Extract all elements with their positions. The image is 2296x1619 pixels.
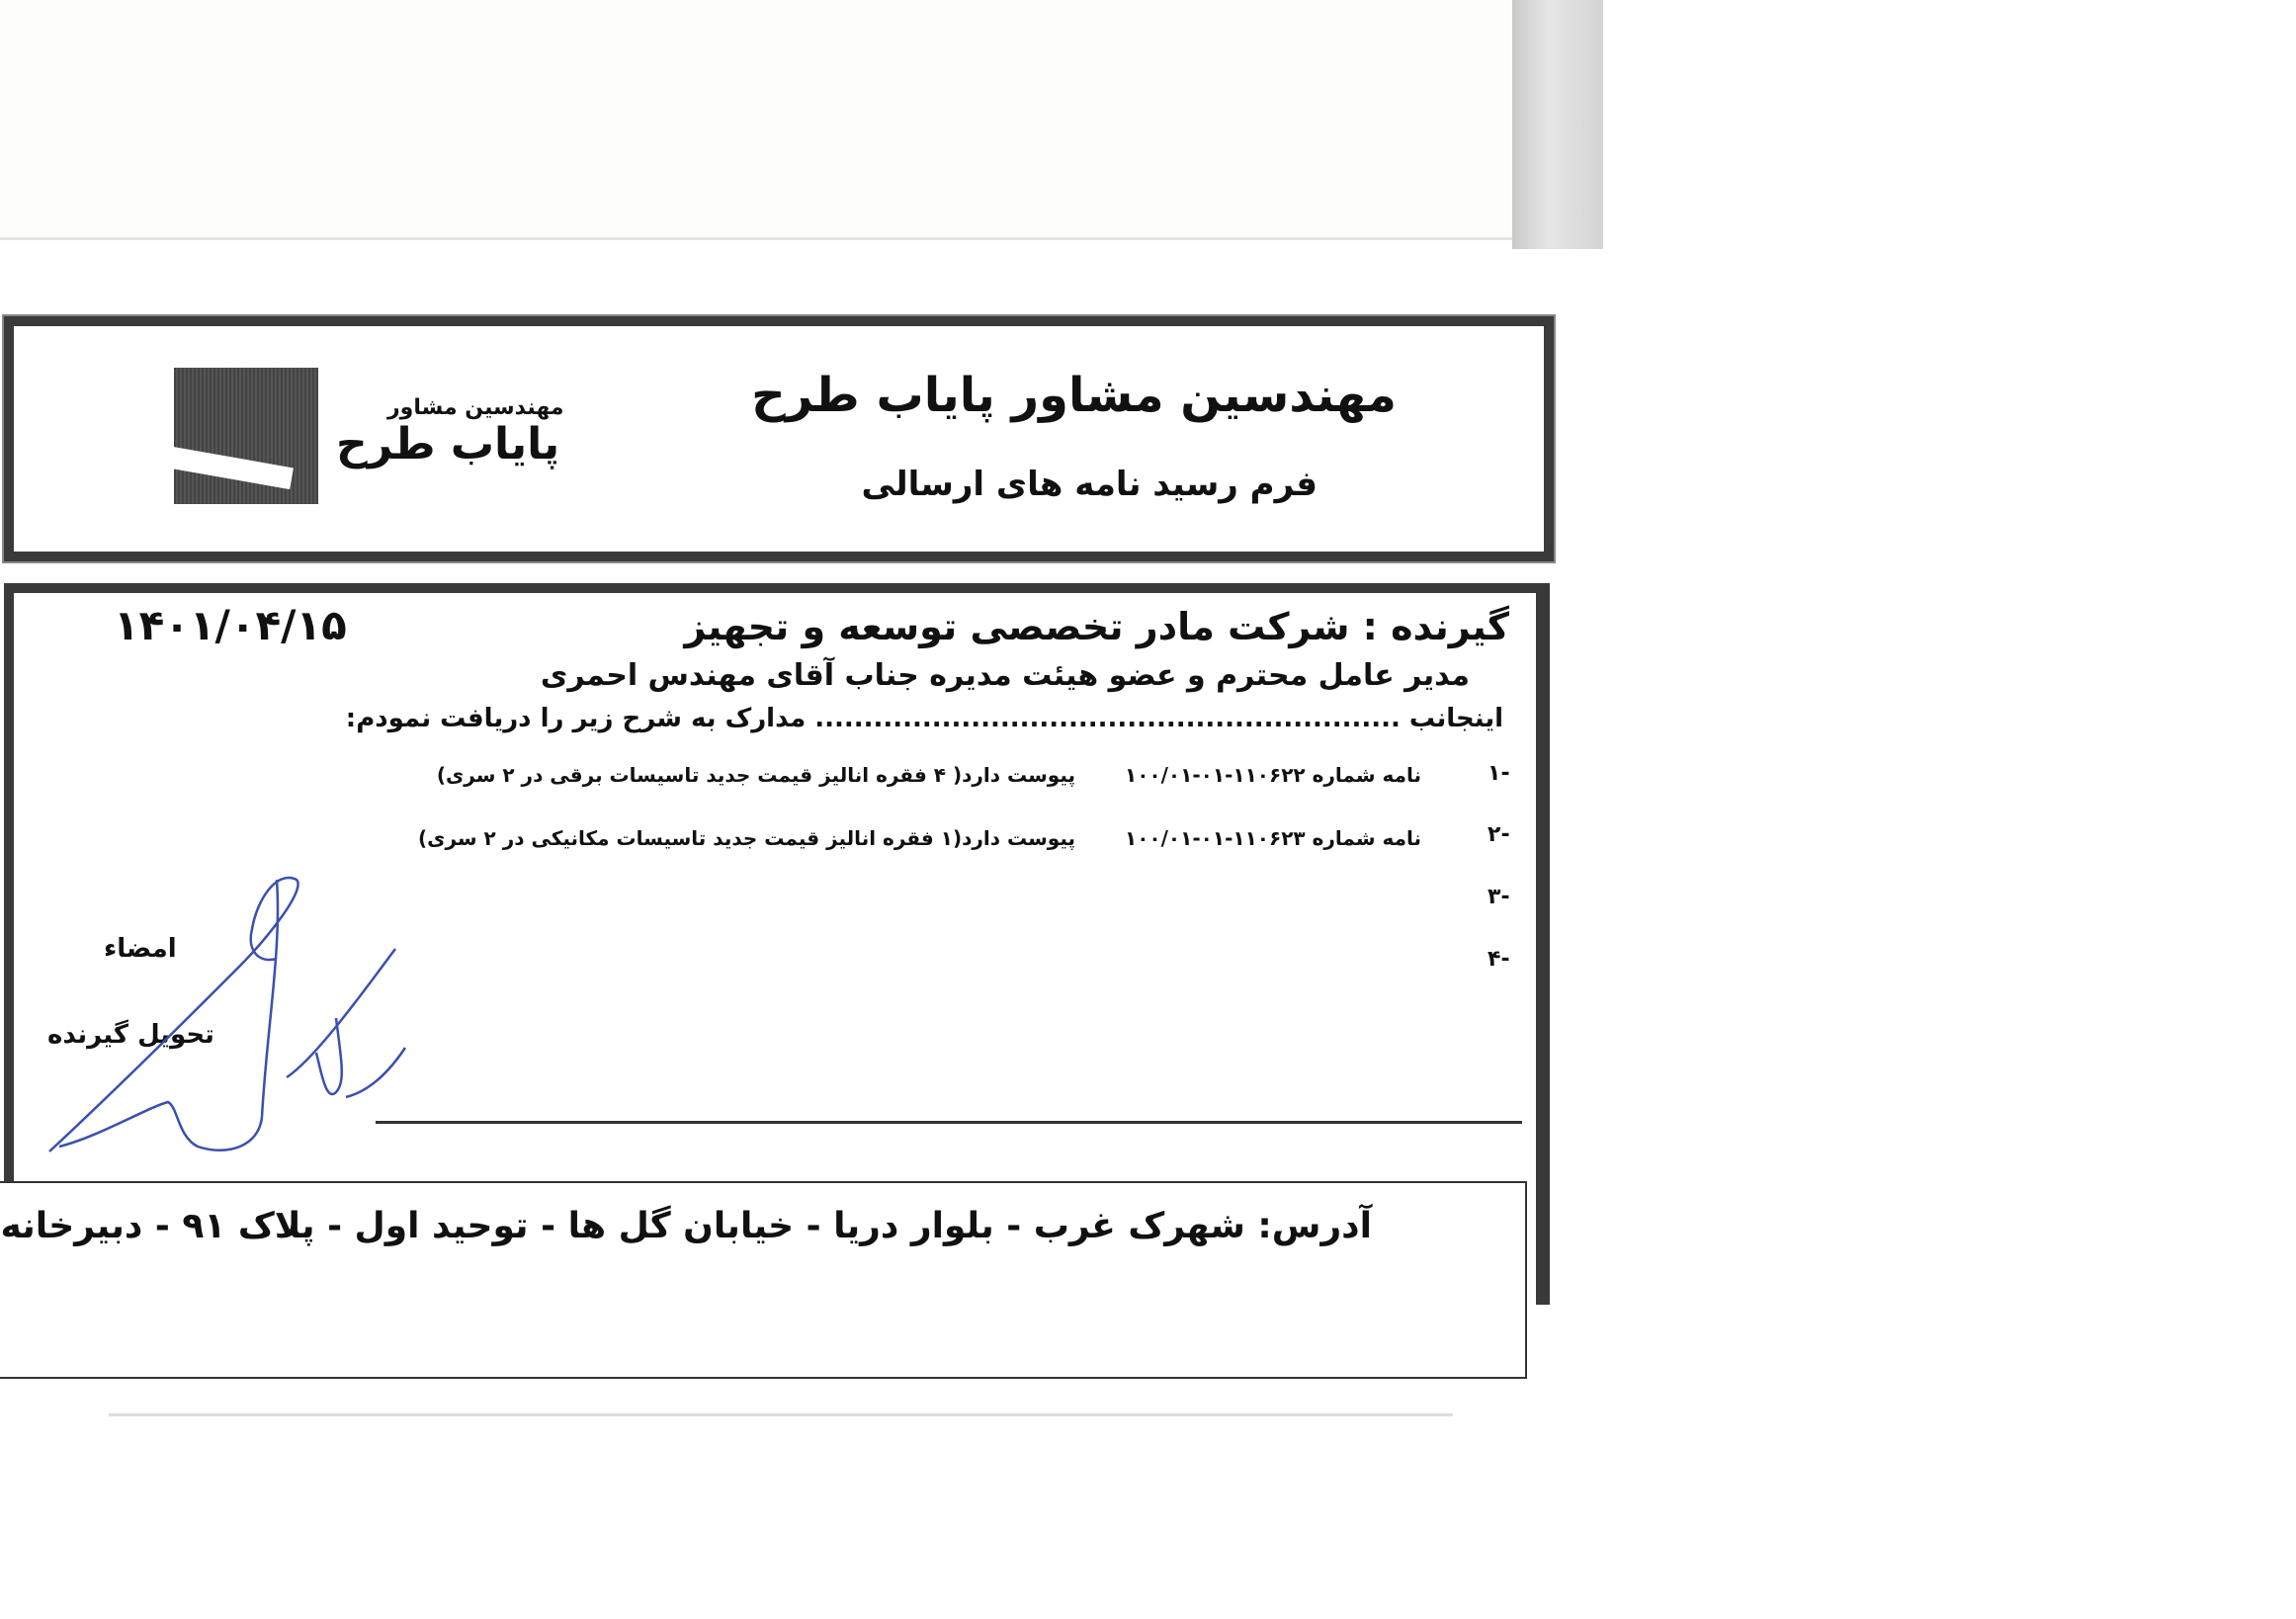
handwritten-signature-icon xyxy=(40,870,415,1166)
item-attachment-note: پیوست دارد(۱ فقره انالیز قیمت جدید تاسیس… xyxy=(418,826,1075,850)
item-index: -۴ xyxy=(1488,947,1510,972)
address-text: آدرس: شهرک غرب - بلوار دریا - خیابان گل … xyxy=(0,1206,1372,1246)
signature-divider xyxy=(376,1121,1522,1124)
acknowledgement-line: اینجانب ................................… xyxy=(346,704,1503,733)
item-index: -۳ xyxy=(1488,885,1510,909)
item-index: -۱ xyxy=(1488,761,1510,786)
document-date: ۱۴۰۱/۰۴/۱۵ xyxy=(114,601,347,649)
logo-subtitle: مهندسین مشاور xyxy=(387,395,564,420)
item-index: -۲ xyxy=(1488,822,1510,847)
company-logo-icon xyxy=(174,368,318,504)
form-title: فرم رسید نامه های ارسالی xyxy=(861,465,1318,504)
item-attachment-note: پیوست دارد( ۴ فقره انالیز قیمت جدید تاسی… xyxy=(437,763,1075,787)
logo-name: پایاب طرح xyxy=(336,419,559,469)
scanned-page-edge xyxy=(1512,0,1603,249)
item-letter-number: نامه شماره ۱۱۰۶۲۳-۰۱-۱۰۰/۰۱ xyxy=(1125,826,1421,850)
scan-artifact-line xyxy=(109,1413,1453,1416)
company-title: مهندسین مشاور پایاب طرح xyxy=(751,368,1397,423)
item-letter-number: نامه شماره ۱۱۰۶۲۲-۰۱-۱۰۰/۰۱ xyxy=(1125,763,1421,787)
recipient-line: گیرنده : شرکت مادر تخصصی توسعه و تجهیز xyxy=(684,605,1509,648)
addressee-line: مدیر عامل محترم و عضو هیئت مدیره جناب آق… xyxy=(541,658,1470,693)
scanned-top-sheet xyxy=(0,0,1512,240)
